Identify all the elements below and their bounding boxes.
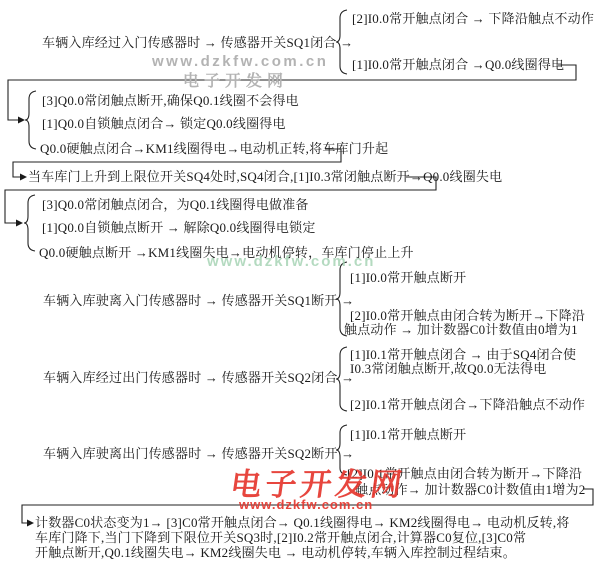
- step-pass-sq2-close-label: 车辆入库经过出门传感器时 → 传感器开关SQ2闭合 →: [43, 371, 354, 385]
- final-paragraph-line2: 车库门降下,当门下降到下限位开关SQ3时,[2]I0.2常开触点闭合,计算器C0…: [35, 531, 526, 545]
- watermark-bottom-url: www.dzkfw.com.cn: [239, 497, 373, 512]
- arrowhead-to-door-up-row: [20, 174, 27, 181]
- brace-q00-off: [24, 195, 35, 251]
- brace-q00-on: [25, 91, 36, 149]
- arrowhead-to-final-block: [27, 520, 34, 527]
- final-paragraph-line3: 开触点断开,Q0.1线圈失电→ KM2线圈失电 → 电动机停转,车辆入库控制过程…: [35, 546, 516, 560]
- final-paragraph-line1: 计数器C0状态变为1→ [3]C0常开触点闭合→ Q0.1线圈得电→ KM2线圈…: [35, 516, 570, 530]
- step-door-upper-limit-sq4: 当车库门上升到上限位开关SQ4处时,SQ4闭合,[1]I0.3常闭触点断开→Q0…: [28, 170, 502, 184]
- branch-i01-close-no-falling-edge: [2]I0.1常开触点闭合→下降沿触点不动作: [350, 398, 585, 412]
- item-q00-nc-close-prepare-q01: [3]Q0.0常闭触点闭合，为Q0.1线圈得电做准备: [42, 198, 309, 212]
- branch-i00-falling-edge-line1: [2]I0.0常开触点由闭合转为断开→下降沿: [350, 309, 585, 323]
- item-q00-selflock-close: [1]Q0.0自锁触点闭合→ 锁定Q0.0线圈得电: [42, 117, 286, 131]
- flow-diagram-canvas: www.dzkfw.com.cn 电子开发网 www.dzkfw.com.cn …: [0, 0, 605, 578]
- item-q00-hard-contact-km1-on: Q0.0硬触点闭合→KM1线圈得电→电动机正转,将车库门升起: [40, 142, 388, 156]
- arrowhead-to-q00-off-brace: [16, 220, 23, 227]
- branch-counter-c0-0-to-1: 触点动作 → 加计数器C0计数值由0增为1: [344, 323, 578, 337]
- step-leave-sq1-open-label: 车辆入库驶离入门传感器时 → 传感器开关SQ1断开 →: [43, 294, 354, 308]
- branch-i01-open: [1]I0.1常开触点断开: [350, 428, 466, 442]
- step-enter-sq1-close-label: 车辆入库经过入门传感器时 → 传感器开关SQ1闭合 →: [42, 36, 353, 50]
- branch-i01-close-line1: [1]I0.1常开触点闭合 → 由于SQ4闭合使: [350, 348, 576, 362]
- item-q00-nc-open-protect-q01: [3]Q0.0常闭触点断开,确保Q0.1线圈不会得电: [42, 94, 299, 108]
- branch-i00-open: [1]I0.0常开触点断开: [350, 271, 466, 285]
- item-q00-selflock-open: [1]Q0.0自锁触点断开 → 解除Q0.0线圈得电锁定: [42, 221, 316, 235]
- branch-i00-close-q00-energize: [1]I0.0常开触点闭合 →Q0.0线圈得电: [352, 58, 564, 72]
- watermark-middle-url: www.dzkfw.com.cn: [207, 253, 375, 270]
- arrowhead-to-q00-on-brace: [18, 117, 25, 124]
- watermark-top-sitename: 电子开发网: [183, 68, 288, 91]
- branch-i01-close-line2: I0.3常闭触点断开,故Q0.0无法得电: [350, 362, 546, 376]
- branch-i00-close-falling-edge: [2]I0.0常开触点闭合 → 下降沿触点不动作: [352, 12, 594, 26]
